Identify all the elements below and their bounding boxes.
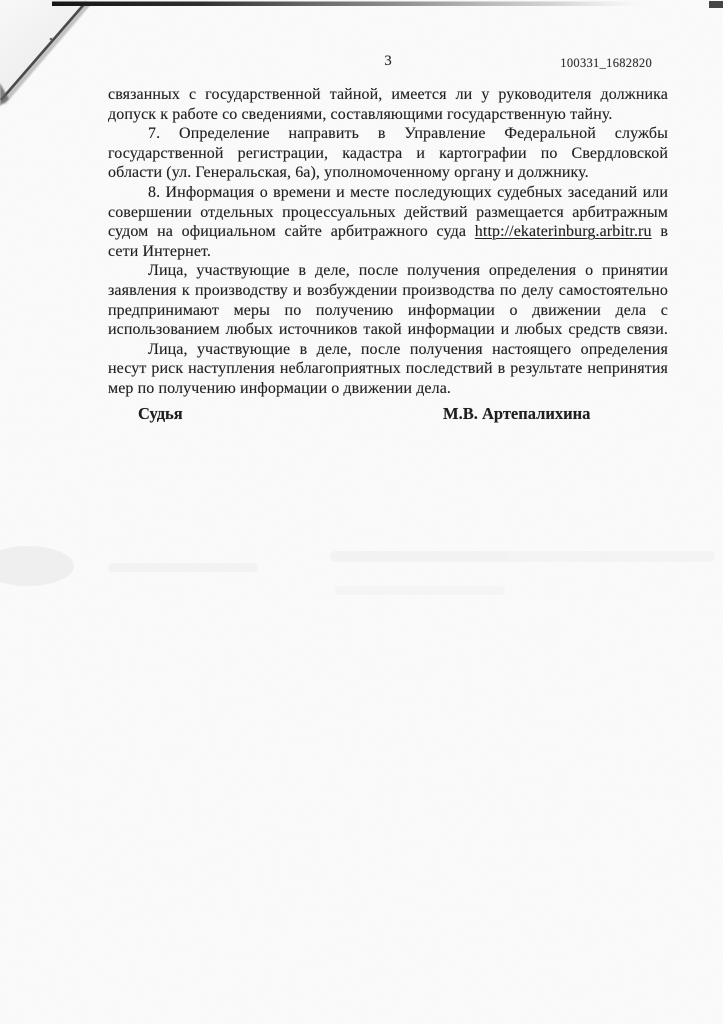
corner-fold <box>0 0 88 103</box>
text-line: заявления к производству и возбуждении п… <box>108 281 668 301</box>
court-site-url: http://ekaterinburg.arbitr.ru <box>475 223 652 240</box>
judge-name: М.В. Артепалихина <box>443 404 590 424</box>
corner-fold-left-wedge <box>0 83 9 106</box>
text-line: совершении отдельных процессуальных дейс… <box>108 203 668 223</box>
text-line: сети Интернет. <box>108 242 668 262</box>
text-line: Лица, участвующие в деле, после получени… <box>108 261 668 281</box>
text-line: несут риск наступления неблагоприятных п… <box>108 359 668 379</box>
mid-page-smudges <box>0 546 715 595</box>
text-line: использованием любых источников такой ин… <box>108 320 668 340</box>
text-line: 7. Определение направить в Управление Фе… <box>108 124 668 144</box>
text-line: Лица, участвующие в деле, после получени… <box>108 340 668 360</box>
text-line: государственной регистрации, кадастра и … <box>108 144 668 164</box>
text-segment: в <box>660 223 668 240</box>
text-line: мер по получению информации о движении д… <box>108 379 668 399</box>
judge-label: Судья <box>138 404 183 424</box>
top-right-mark <box>709 1 723 8</box>
text-segment: судом на официальном сайте арбитражного … <box>108 223 466 240</box>
signature-block: Судья М.В. Артепалихина <box>108 404 668 426</box>
top-edge-shadow <box>52 2 642 7</box>
text-line: области (ул. Генеральская, 6а), уполномо… <box>108 163 668 183</box>
document-id: 100331_1682820 <box>108 56 652 71</box>
document-body: связанных с государственной тайной, имее… <box>108 85 668 399</box>
text-line: 8. Информация о времени и месте последую… <box>108 183 668 203</box>
corner-fold-artifact <box>0 0 89 106</box>
text-line: допуск к работе со сведениями, составляю… <box>108 105 668 125</box>
corner-fold-edge-soft <box>3 3 89 103</box>
scanned-document-page: 3 100331_1682820 связанных с государстве… <box>0 0 723 1024</box>
scan-speck <box>50 38 53 41</box>
corner-fold-edge <box>1 2 86 100</box>
text-line-with-url: судом на официальном сайте арбитражного … <box>108 222 668 242</box>
text-line: связанных с государственной тайной, имее… <box>108 85 668 105</box>
text-line: предпринимают меры по получению информац… <box>108 301 668 321</box>
